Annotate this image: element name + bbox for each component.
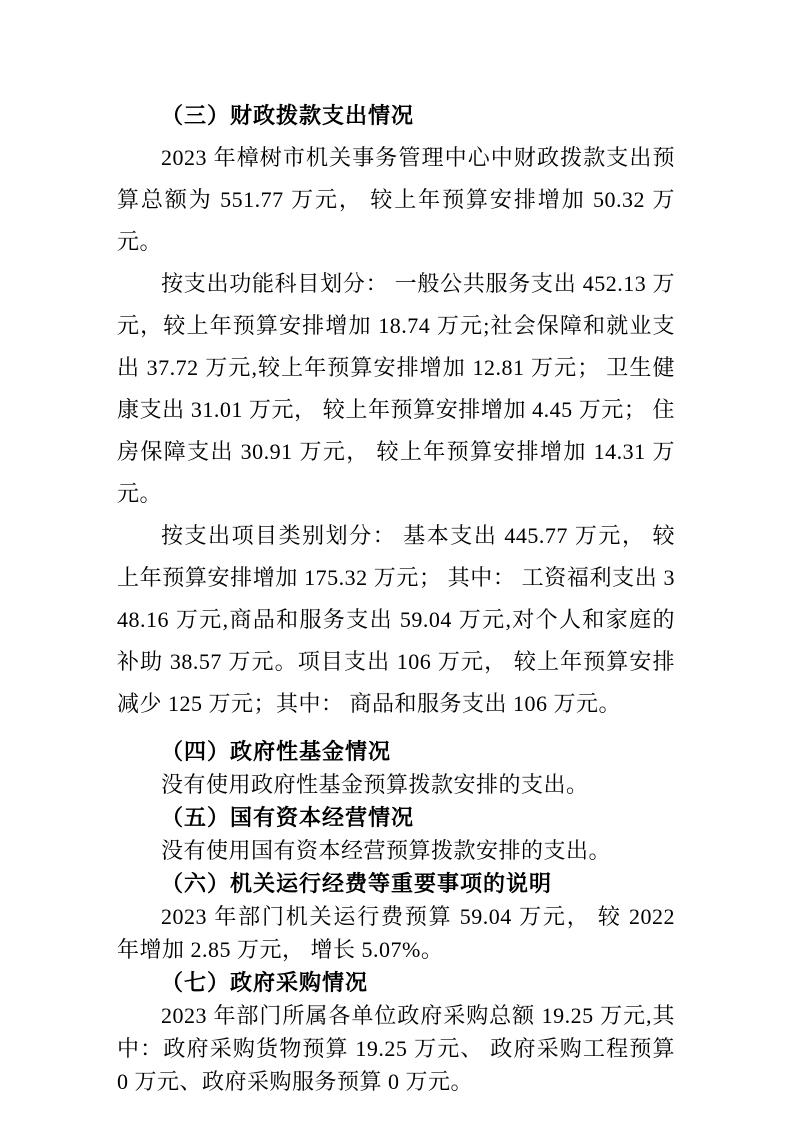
paragraph-procurement-budget: 2023 年部门所属各单位政府采购总额 19.25 万元,其中：政府采购货物预算… [117, 999, 675, 1098]
paragraph-operating-expense-budget: 2023 年部门机关运行费预算 59.04 万元， 较 2022 年增加 2.8… [117, 900, 675, 966]
paragraph-no-state-capital: 没有使用国有资本经营预算拨款安排的支出。 [117, 834, 675, 867]
heading-section-4-government-funds: （四）政府性基金情况 [117, 735, 675, 768]
heading-section-5-state-capital: （五）国有资本经营情况 [117, 801, 675, 834]
paragraph-by-project-category: 按支出项目类别划分： 基本支出 445.77 万元， 较上年预算安排增加 175… [117, 515, 675, 725]
document-content: （三）财政拨款支出情况 2023 年樟树市机关事务管理中心中财政拨款支出预算总额… [117, 95, 675, 1098]
document-page: （三）财政拨款支出情况 2023 年樟树市机关事务管理中心中财政拨款支出预算总额… [0, 0, 793, 1122]
heading-section-3-fiscal-expenditure: （三）财政拨款支出情况 [117, 95, 675, 137]
paragraph-total-expenditure-budget: 2023 年樟树市机关事务管理中心中财政拨款支出预算总额为 551.77 万元，… [117, 137, 675, 263]
heading-section-6-operating-expenses: （六）机关运行经费等重要事项的说明 [117, 867, 675, 900]
heading-section-7-government-procurement: （七）政府采购情况 [117, 966, 675, 999]
paragraph-by-functional-category: 按支出功能科目划分： 一般公共服务支出 452.13 万元，较上年预算安排增加 … [117, 263, 675, 515]
paragraph-no-government-funds: 没有使用政府性基金预算拨款安排的支出。 [117, 768, 675, 801]
